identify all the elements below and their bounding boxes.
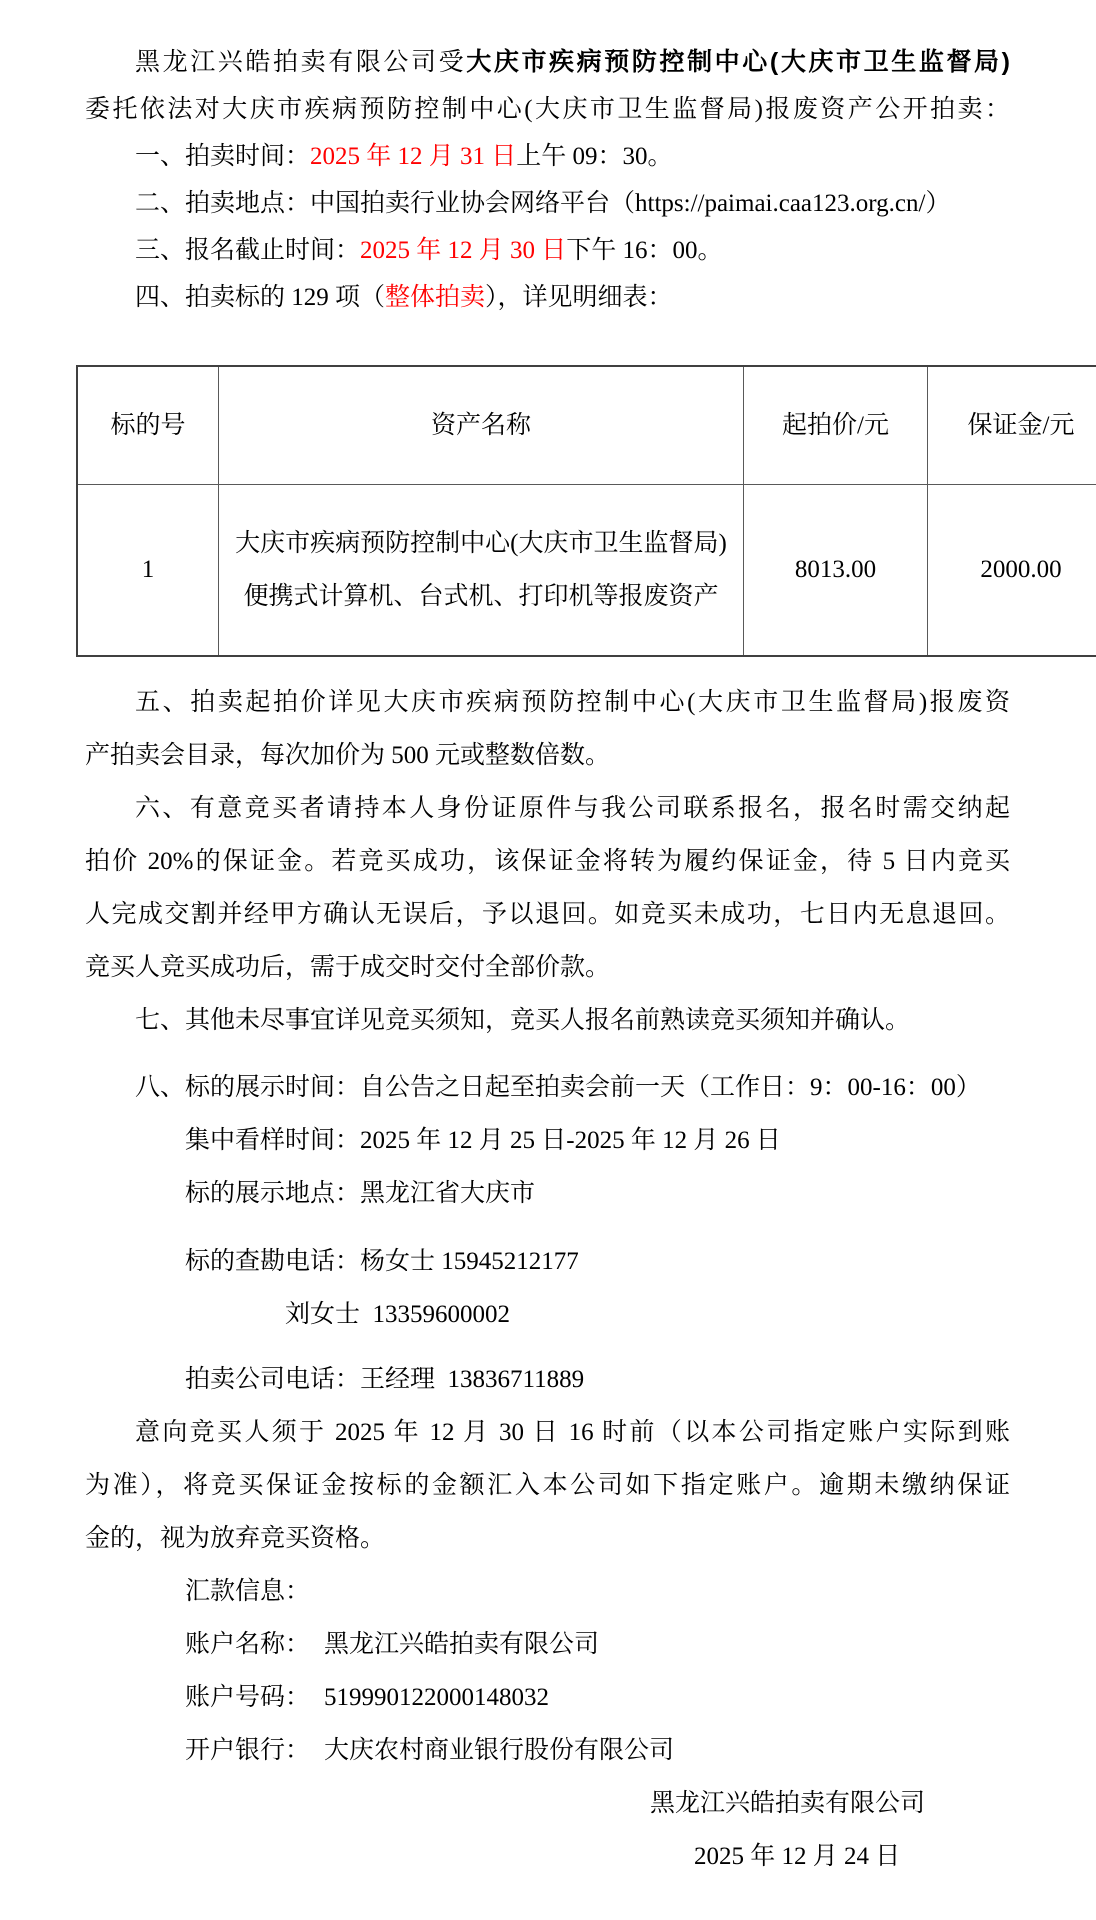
auction-time-date: 2025 年 12 月 31 日 <box>310 143 516 170</box>
line-company-phone: 拍卖公司电话：王经理 13836711889 <box>85 1353 1010 1406</box>
auction-notice-document: 黑龙江兴皓拍卖有限公司受大庆市疾病预防控制中心(大庆市卫生监督局) 委托依法对大… <box>0 0 1096 1920</box>
para-bidder-rules-line-1: 六、有意竞买者请持本人身份证原件与我公司联系报名，报名时需交纳起 <box>85 782 1010 835</box>
intro-line-2: 委托依法对大庆市疾病预防控制中心(大庆市卫生监督局)报废资产公开拍卖： <box>85 86 1010 133</box>
cell-deposit: 2000.00 <box>928 484 1096 656</box>
account-name-value: 黑龙江兴皓拍卖有限公司 <box>324 1631 599 1658</box>
column-header-lot-number: 标的号 <box>77 366 219 484</box>
account-number-value: 519990122000148032 <box>324 1684 549 1711</box>
line-bank: 开户银行：大庆农村商业银行股份有限公司 <box>85 1724 1010 1777</box>
account-number-label: 账户号码： <box>185 1684 310 1711</box>
bank-label: 开户银行： <box>185 1737 310 1764</box>
lot-count-highlight: 整体拍卖 <box>385 284 485 311</box>
line-display-place: 标的展示地点：黑龙江省大庆市 <box>85 1167 1010 1220</box>
lots-table: 标的号 资产名称 起拍价/元 保证金/元 1 大庆市疾病预防控制中心(大庆市卫生… <box>76 365 1096 657</box>
para-display-time: 八、标的展示时间：自公告之日起至拍卖会前一天（工作日：9：00-16：00） <box>85 1061 1010 1114</box>
column-header-deposit: 保证金/元 <box>928 366 1096 484</box>
intro-line-1-plain: 黑龙江兴皓拍卖有限公司受 <box>135 49 466 76</box>
para-bidder-rules-line-2: 拍价 20%的保证金。若竞买成功，该保证金将转为履约保证金，待 5 日内竞买 <box>85 835 1010 888</box>
lot-count-suffix: ），详见明细表： <box>485 284 673 311</box>
auction-time-label: 一、拍卖时间： <box>135 143 310 170</box>
item-auction-venue: 二、拍卖地点：中国拍卖行业协会网络平台（https://paimai.caa12… <box>85 180 1010 227</box>
item-auction-time: 一、拍卖时间：2025 年 12 月 31 日上午 09：30。 <box>85 133 1010 180</box>
cell-lot-number: 1 <box>77 484 219 656</box>
cell-start-price: 8013.00 <box>744 484 928 656</box>
para-bidder-rules-line-3: 人完成交割并经甲方确认无误后，予以退回。如竞买未成功，七日内无息退回。 <box>85 888 1010 941</box>
para-other-matters: 七、其他未尽事宜详见竞买须知，竞买人报名前熟读竞买须知并确认。 <box>85 994 1010 1047</box>
account-name-label: 账户名称： <box>185 1631 310 1658</box>
table-row: 1 大庆市疾病预防控制中心(大庆市卫生监督局)便携式计算机、台式机、打印机等报废… <box>77 484 1096 656</box>
bank-value: 大庆农村商业银行股份有限公司 <box>324 1737 674 1764</box>
registration-deadline-label: 三、报名截止时间： <box>135 237 360 264</box>
line-survey-phone-1: 标的查勘电话：杨女士 15945212177 <box>85 1235 1010 1288</box>
column-header-asset-name: 资产名称 <box>219 366 744 484</box>
line-sample-time: 集中看样时间：2025 年 12 月 25 日-2025 年 12 月 26 日 <box>85 1114 1010 1167</box>
lot-count-prefix: 四、拍卖标的 129 项（ <box>135 284 385 311</box>
intro-line-1-bold: 大庆市疾病预防控制中心(大庆市卫生监督局) <box>466 48 1010 76</box>
item-lot-count: 四、拍卖标的 129 项（整体拍卖），详见明细表： <box>85 274 1010 321</box>
para-increment-line-1: 五、拍卖起拍价详见大庆市疾病预防控制中心(大庆市卫生监督局)报废资 <box>85 676 1010 729</box>
column-header-start-price: 起拍价/元 <box>744 366 928 484</box>
para-deposit-deadline-line-1: 意向竞买人须于 2025 年 12 月 30 日 16 时前（以本公司指定账户实… <box>85 1406 1010 1459</box>
line-account-number: 账户号码：519990122000148032 <box>85 1671 1010 1724</box>
registration-deadline-suffix: 下午 16：00。 <box>566 237 722 264</box>
signature-date: 2025 年 12 月 24 日 <box>694 1830 1010 1883</box>
line-account-name: 账户名称：黑龙江兴皓拍卖有限公司 <box>85 1618 1010 1671</box>
lots-table-header-row: 标的号 资产名称 起拍价/元 保证金/元 <box>77 366 1096 484</box>
line-survey-phone-2: 刘女士 13359600002 <box>85 1288 1010 1341</box>
para-deposit-deadline-line-3: 金的，视为放弃竞买资格。 <box>85 1512 1010 1565</box>
para-deposit-deadline-line-2: 为准），将竞买保证金按标的金额汇入本公司如下指定账户。逾期未缴纳保证 <box>85 1459 1010 1512</box>
registration-deadline-date: 2025 年 12 月 30 日 <box>360 237 566 264</box>
cell-asset-name: 大庆市疾病预防控制中心(大庆市卫生监督局)便携式计算机、台式机、打印机等报废资产 <box>219 484 744 656</box>
intro-line-1: 黑龙江兴皓拍卖有限公司受大庆市疾病预防控制中心(大庆市卫生监督局) <box>85 39 1010 86</box>
auction-time-suffix: 上午 09：30。 <box>516 143 672 170</box>
signature-company: 黑龙江兴皓拍卖有限公司 <box>650 1777 1010 1830</box>
item-registration-deadline: 三、报名截止时间：2025 年 12 月 30 日下午 16：00。 <box>85 227 1010 274</box>
para-bidder-rules-line-4: 竞买人竞买成功后，需于成交时交付全部价款。 <box>85 941 1010 994</box>
line-remittance-title: 汇款信息： <box>85 1565 1010 1618</box>
para-increment-line-2: 产拍卖会目录，每次加价为 500 元或整数倍数。 <box>85 729 1010 782</box>
